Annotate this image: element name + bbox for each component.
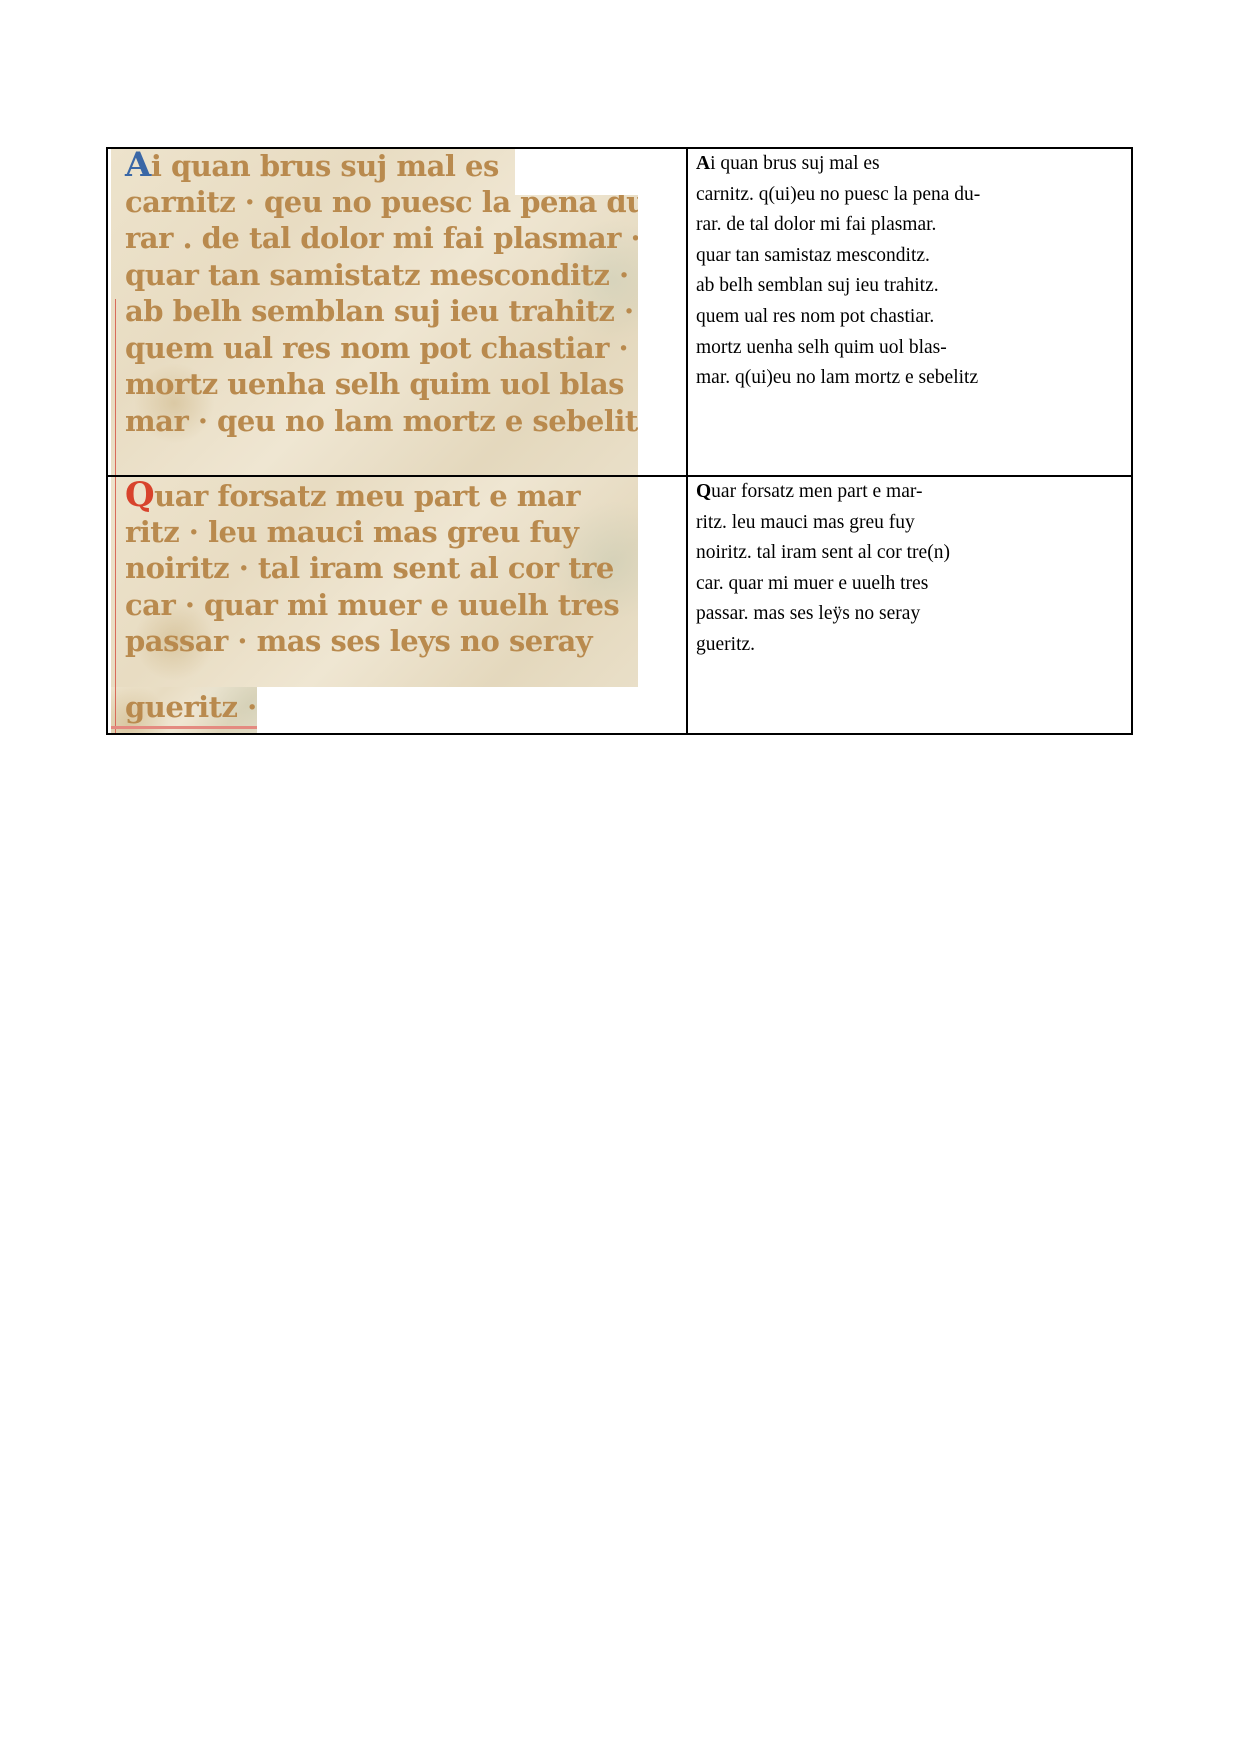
transcription-line: rar. de tal dolor mi fai plasmar. (696, 210, 980, 241)
transcription-line: mar. q(ui)eu no lam mortz e sebelitz (696, 363, 980, 394)
manuscript-border-decoration (111, 726, 257, 729)
manuscript-line: ritz · leu mauci mas greu fuy (125, 514, 619, 551)
manuscript-line: Quar forsatz meu part e mar (125, 477, 619, 514)
edition-table: Ai quan brus suj mal es carnitz · qeu no… (106, 147, 1133, 735)
transcription-line: car. quar mi muer e uuelh tres (696, 569, 950, 600)
manuscript-image-stanza-2: Quar forsatz meu part e mar ritz · leu m… (111, 477, 638, 687)
transcription-line: mortz uenha selh quim uol blas- (696, 333, 980, 364)
manuscript-line: car · quar mi muer e uuelh tres (125, 587, 619, 624)
transcription-stanza-1: Ai quan brus suj mal es carnitz. q(ui)eu… (696, 149, 980, 394)
transcription-line: gueritz. (696, 630, 950, 661)
transcription-stanza-2: Quar forsatz men part e mar- ritz. leu m… (696, 477, 950, 661)
manuscript-initial-q: Q (125, 477, 154, 515)
manuscript-ruling-line (115, 477, 116, 687)
transcription-line: noiritz. tal iram sent al cor tre(n) (696, 538, 950, 569)
document-page: Ai quan brus suj mal es carnitz · qeu no… (0, 0, 1240, 1754)
manuscript-line: ab belh semblan suj ieu trahitz · (125, 293, 638, 330)
manuscript-line: noiritz · tal iram sent al cor tre (125, 550, 619, 587)
transcription-line: Quar forsatz men part e mar- (696, 477, 950, 508)
image-crop-gap (515, 149, 638, 195)
transcription-initial: A (696, 153, 710, 174)
manuscript-line: mortz uenha selh quim uol blas (125, 366, 638, 403)
transcription-line: quem ual res nom pot chastiar. (696, 302, 980, 333)
transcription-line: passar. mas ses leÿs no seray (696, 599, 950, 630)
manuscript-line: passar · mas ses leys no seray (125, 623, 619, 660)
transcription-line: carnitz. q(ui)eu no puesc la pena du- (696, 180, 980, 211)
manuscript-line: quar tan samistatz mesconditz · (125, 257, 638, 294)
transcription-line: ab belh semblan suj ieu trahitz. (696, 271, 980, 302)
manuscript-initial-a: A (125, 149, 151, 185)
manuscript-image-stanza-2-tail: gueritz · (111, 687, 257, 733)
column-divider (686, 149, 688, 733)
transcription-initial: Q (696, 481, 711, 502)
manuscript-text-stanza-2-tail: gueritz · (125, 689, 257, 726)
manuscript-text-stanza-2: Quar forsatz meu part e mar ritz · leu m… (125, 477, 619, 660)
manuscript-line: quem ual res nom pot chastiar · (125, 330, 638, 367)
transcription-line: ritz. leu mauci mas greu fuy (696, 508, 950, 539)
manuscript-image-stanza-1: Ai quan brus suj mal es carnitz · qeu no… (111, 149, 638, 475)
manuscript-ruling-line (115, 299, 116, 475)
manuscript-line: mar · qeu no lam mortz e sebelitz (125, 403, 638, 440)
transcription-line: quar tan samistaz mesconditz. (696, 241, 980, 272)
manuscript-line: gueritz · (125, 689, 257, 726)
manuscript-line: rar . de tal dolor mi fai plasmar · (125, 220, 638, 257)
transcription-line: Ai quan brus suj mal es (696, 149, 980, 180)
